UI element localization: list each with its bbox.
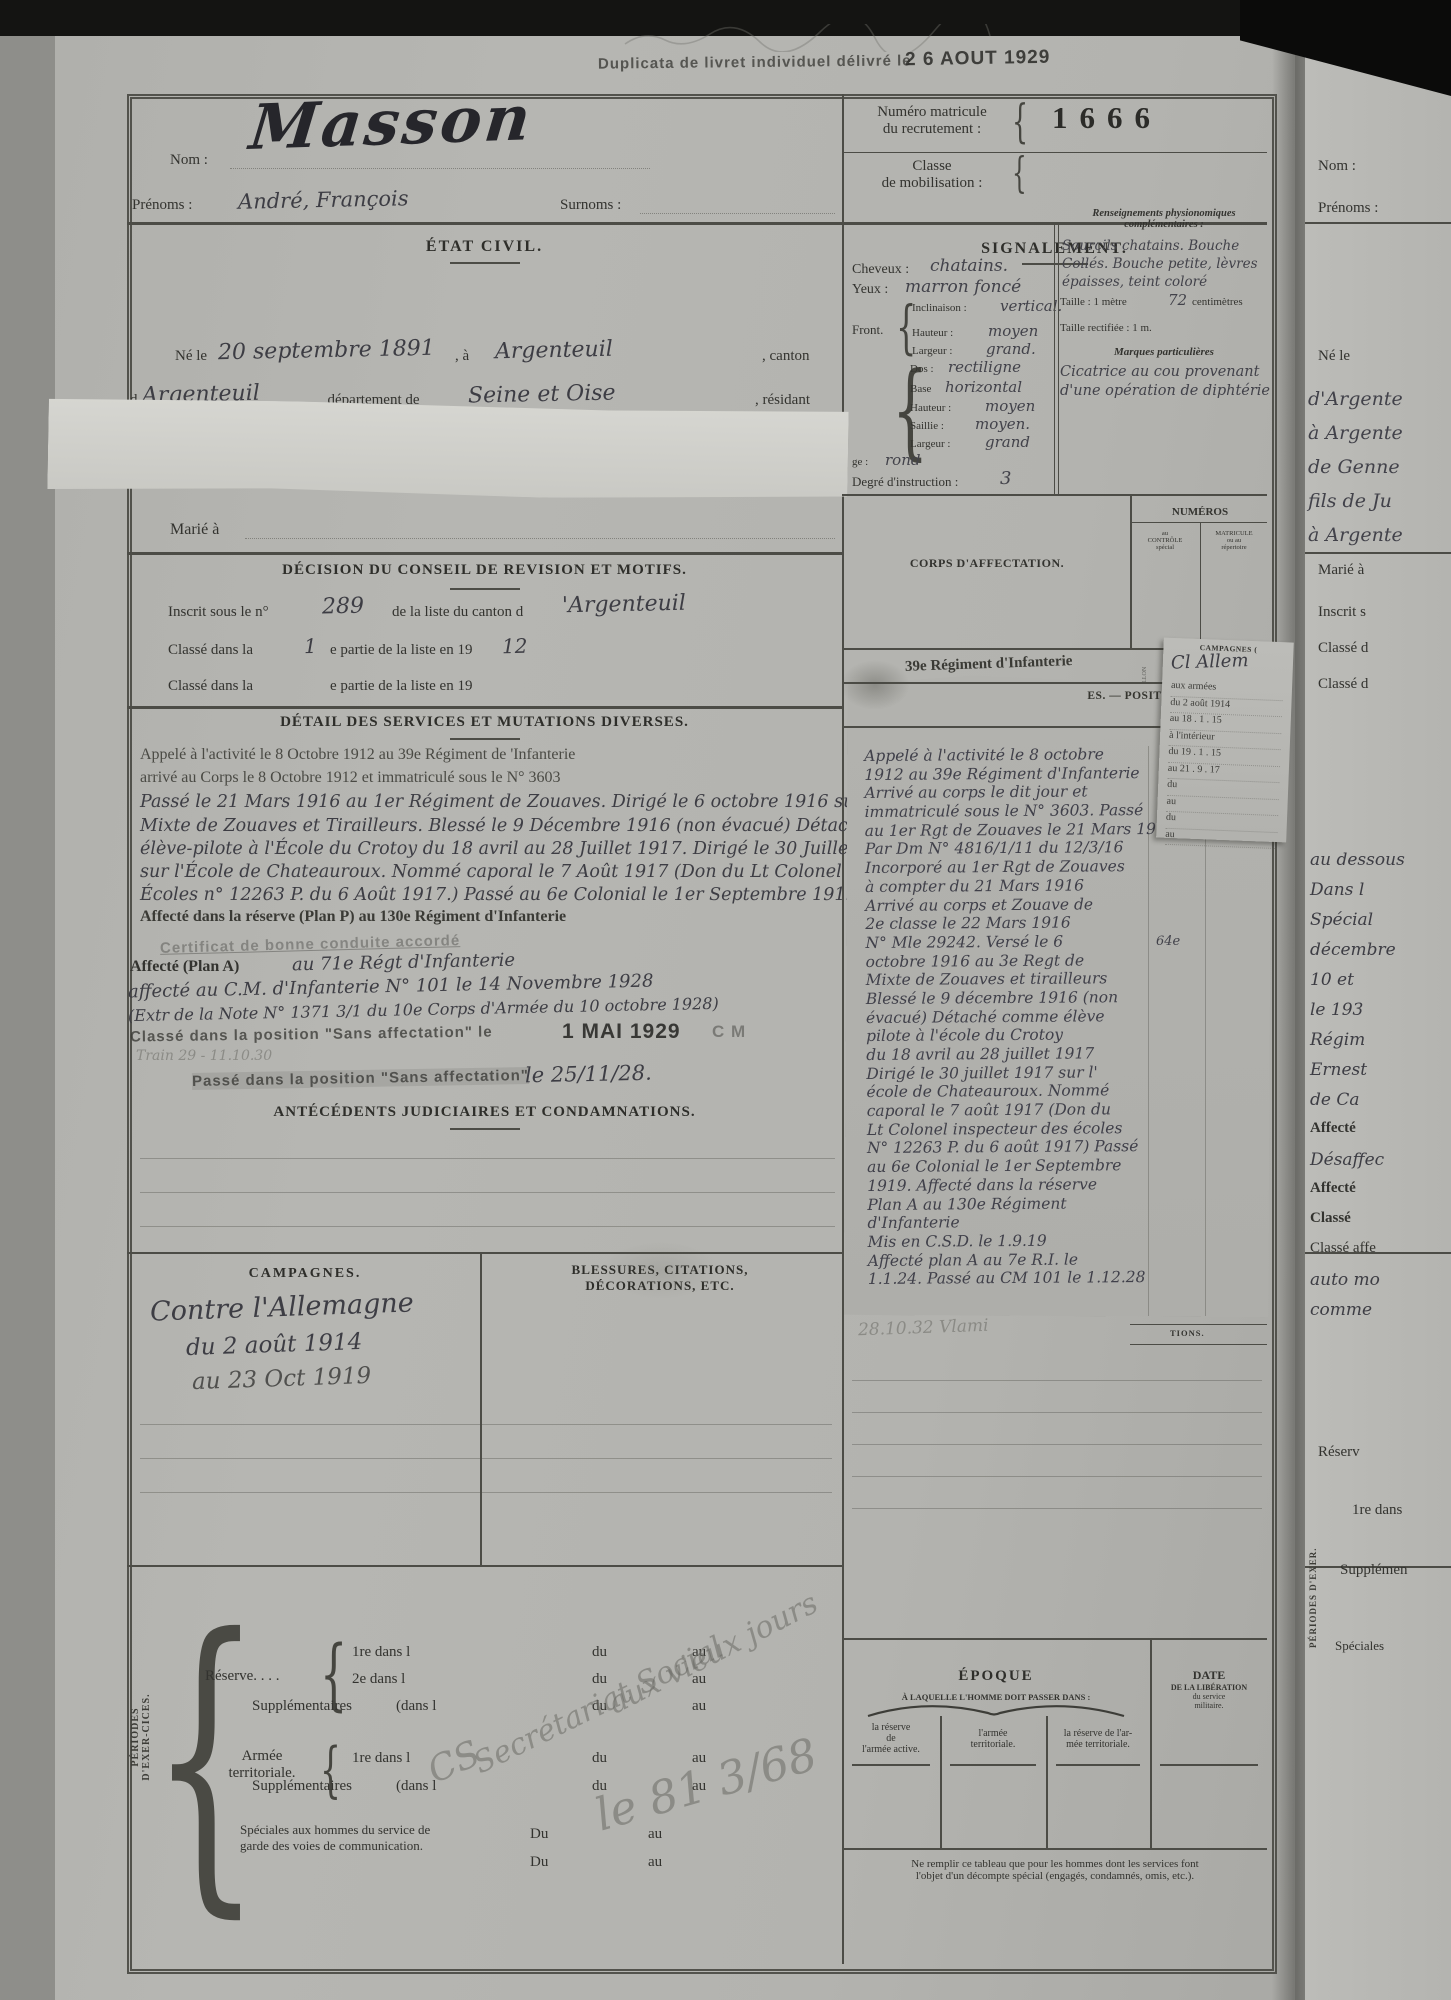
corps-affectation-header: CORPS D'AFFECTATION. bbox=[852, 556, 1122, 571]
rp-frag-3: Spéciales bbox=[1335, 1638, 1384, 1654]
positions-line: Arrivé au corps et Zouave de bbox=[865, 895, 1145, 916]
ruled-line bbox=[852, 1412, 1262, 1413]
rp-classe1-label: Classé d bbox=[1318, 640, 1368, 657]
classe2-label-2: e partie de la liste en 19 bbox=[330, 678, 472, 695]
periodes-rotated-label: PÉRIODES D'EXER-CICES. bbox=[130, 1642, 152, 1832]
speciales-label: Spéciales aux hommes du service de garde… bbox=[240, 1822, 430, 1854]
positions-line: 1919. Affecté dans la réserve bbox=[867, 1175, 1147, 1196]
positions-line: Affecté plan A au 7e R.I. le bbox=[868, 1250, 1148, 1271]
positions-line: 1912 au 39e Régiment d'Infanterie bbox=[864, 764, 1144, 785]
positions-line: pilote à l'école du Crotoy bbox=[866, 1025, 1146, 1046]
positions-line: évacué) Détaché comme élève bbox=[866, 1007, 1146, 1028]
campagnes-title: CAMPAGNES. bbox=[160, 1266, 450, 1282]
controle-sub-3: spécial bbox=[1156, 544, 1174, 551]
rp-mid-line: Affecté bbox=[1310, 1120, 1405, 1150]
epoque-note-1: Ne remplir ce tableau que pour les homme… bbox=[911, 1858, 1198, 1870]
positions-line: 1.1.24. Passé au CM 101 le 1.12.28 bbox=[868, 1268, 1148, 1289]
rp-hand-line: d'Argente bbox=[1308, 388, 1403, 422]
du-cap: Du bbox=[530, 1854, 548, 1871]
slip-hand-top: Cl Allem bbox=[1171, 650, 1249, 673]
reserve-group-label: Réserve. . . . bbox=[205, 1668, 280, 1685]
positions-line: N° Mle 29242. Versé le 6 bbox=[865, 932, 1145, 953]
largeur2-value: grand bbox=[985, 433, 1030, 451]
marques-value-1: Cicatrice au cou provenant bbox=[1060, 364, 1259, 380]
campagnes-divider bbox=[480, 1252, 482, 1565]
rp-reserve-label: Réserv bbox=[1318, 1444, 1360, 1461]
canton-label: , canton bbox=[762, 348, 809, 365]
rp-mid-line: Spécial bbox=[1310, 910, 1405, 940]
nom-label: Nom : bbox=[170, 152, 208, 169]
ruled-line bbox=[140, 1424, 832, 1425]
rp-mid-line: Classé bbox=[1310, 1210, 1405, 1240]
rp-prenoms-label: Prénoms : bbox=[1318, 200, 1378, 217]
inscrit-label: Inscrit sous le n° bbox=[168, 604, 269, 621]
service-line: Appelé à l'activité le 8 Octobre 1912 au… bbox=[140, 746, 840, 769]
campagnes-bottom-rule bbox=[127, 1565, 842, 1567]
rp-nom-label: Nom : bbox=[1318, 158, 1356, 175]
col3-line-1: la réserve de l'ar- bbox=[1064, 1728, 1133, 1739]
positions-line: Par Dm N° 4816/1/11 du 12/3/16 bbox=[865, 838, 1145, 859]
classe1-year: 12 bbox=[502, 634, 528, 659]
positions-line: 2e classe le 22 Mars 1916 bbox=[865, 913, 1145, 934]
classe1-label: Classé dans la bbox=[168, 642, 253, 659]
renseignements-label-2: complémentaires : bbox=[1124, 219, 1204, 230]
positions-line: du 18 avril au 28 juillet 1917 bbox=[866, 1044, 1146, 1065]
col2-line-1: l'armée bbox=[978, 1728, 1007, 1739]
rp-marie-label: Marié à bbox=[1318, 562, 1364, 579]
tions-rule bbox=[1130, 1344, 1267, 1345]
positions-line: école de Chateauroux. Nommé bbox=[866, 1081, 1146, 1102]
renseignements-hand-line: épaisses, teint coloré bbox=[1062, 274, 1258, 292]
inscrit-num: 289 bbox=[322, 594, 365, 620]
front-label: Front. bbox=[852, 322, 883, 338]
etat-civil-title: ÉTAT CIVIL. bbox=[127, 238, 842, 256]
dos-value: rectiligne bbox=[948, 358, 1021, 376]
classe-label-2: de mobilisation : bbox=[882, 175, 983, 191]
positions-line: Mixte de Zouaves et tirailleurs bbox=[866, 969, 1146, 990]
epoque-note: Ne remplir ce tableau que pour les homme… bbox=[846, 1858, 1264, 1882]
cheveux-label: Cheveux : bbox=[852, 262, 909, 278]
yeux-label: Yeux : bbox=[852, 282, 888, 298]
main-column-divider bbox=[842, 94, 844, 1964]
rp-mid-line: Régim bbox=[1310, 1030, 1405, 1060]
epoque-subtitle: À LAQUELLE L'HOMME DOIT PASSER DANS : bbox=[846, 1692, 1146, 1702]
classe1-label-2: e partie de la liste en 19 bbox=[330, 642, 472, 659]
du-col: du bbox=[592, 1644, 607, 1661]
date-header-1: DATE bbox=[1193, 1668, 1225, 1682]
dotted-leader bbox=[640, 213, 835, 214]
marie-label: Marié à bbox=[170, 521, 219, 539]
speciales-label-1: Spéciales aux hommes du service de bbox=[240, 1822, 430, 1837]
positions-line: au 6e Colonial le 1er Septembre bbox=[867, 1156, 1147, 1177]
ruled-line bbox=[140, 1492, 832, 1493]
title-rule bbox=[450, 262, 520, 264]
rp-hand-line: à Argente bbox=[1308, 422, 1403, 456]
hauteur2-value: moyen bbox=[985, 397, 1035, 415]
residant-label: , résidant bbox=[755, 392, 810, 409]
rp-frag-1: 1re dans bbox=[1352, 1502, 1402, 1519]
ruled-line bbox=[852, 1444, 1262, 1445]
matricule-brace: { bbox=[1012, 98, 1028, 144]
rp-ne-label: Né le bbox=[1318, 348, 1350, 365]
controle-subheader: au CONTRÔLE spécial bbox=[1132, 530, 1198, 551]
degre-value: 3 bbox=[1000, 468, 1011, 489]
positions-margin-note: 64e bbox=[1156, 934, 1180, 949]
service-line: Mixte de Zouaves et Tirailleurs. Blessé … bbox=[140, 816, 840, 839]
taille-label: Taille : 1 mètre bbox=[1060, 296, 1127, 308]
service-line: élève-pilote à l'École du Crotoy du 18 a… bbox=[140, 839, 840, 862]
rp-periodes-rotated: PÉRIODES D'EXER. bbox=[1308, 1547, 1318, 1648]
signalement-subdivider bbox=[1054, 224, 1055, 494]
surnoms-label: Surnoms : bbox=[560, 197, 621, 214]
nom-value: Masson bbox=[246, 81, 537, 164]
campagnes-top-rule bbox=[127, 1252, 842, 1254]
right-page-rule bbox=[1305, 222, 1451, 224]
signalement-bottom-rule bbox=[842, 494, 1267, 496]
matricule-sub-1: MATRICULE bbox=[1215, 530, 1252, 537]
stain bbox=[600, 1240, 720, 1300]
positions-line: Dirigé le 30 juillet 1917 sur l' bbox=[866, 1063, 1146, 1084]
service-line: Affecté dans la réserve (Plan P) au 130e… bbox=[140, 908, 840, 931]
section-rule bbox=[127, 552, 842, 555]
service-line: sur l'École de Chateauroux. Nommé capora… bbox=[140, 862, 840, 885]
col3-line-2: mée territoriale. bbox=[1066, 1739, 1130, 1750]
positions-line: N° 12263 P. du 6 août 1917) Passé bbox=[867, 1137, 1147, 1158]
col1-line-1: la réserve bbox=[872, 1722, 911, 1733]
numeros-header: NUMÉROS bbox=[1132, 506, 1268, 518]
controle-sub-2: CONTRÔLE bbox=[1148, 537, 1183, 544]
ruled-line bbox=[140, 1226, 835, 1227]
service-line: Écoles n° 12263 P. du 6 Août 1917.) Pass… bbox=[140, 885, 840, 908]
positions-line: Incorporé au 1er Rgt de Zouaves bbox=[865, 857, 1145, 878]
positions-line: immatriculé sous le N° 3603. Passé bbox=[865, 801, 1145, 822]
rp-mid-line: Dans l bbox=[1310, 880, 1405, 910]
degre-label: Degré d'instruction : bbox=[852, 474, 958, 490]
matricule-sub-2: ou au bbox=[1227, 537, 1241, 544]
rp-inscrit-label: Inscrit s bbox=[1318, 604, 1366, 621]
positions-line: au 1er Rgt de Zouaves le 21 Mars 1916 bbox=[865, 820, 1145, 841]
dos-label: Dos : bbox=[910, 363, 934, 375]
pasted-blank-slip bbox=[47, 397, 848, 503]
visage-label: ge : bbox=[852, 456, 868, 468]
numeros-rule bbox=[1130, 522, 1267, 523]
prenoms-label: Prénoms : bbox=[132, 197, 192, 214]
au-col: au bbox=[692, 1698, 706, 1715]
services-title: DÉTAIL DES SERVICES ET MUTATIONS DIVERSE… bbox=[127, 714, 842, 731]
base-label: Base bbox=[910, 383, 931, 395]
largeur1-value: grand. bbox=[986, 340, 1036, 358]
matricule-subheader: MATRICULE ou au répertoire bbox=[1202, 530, 1266, 551]
periodes-label-1: PÉRIODES bbox=[130, 1707, 141, 1766]
hauteur1-value: moyen bbox=[988, 322, 1038, 340]
inclinaison-value: vertical. bbox=[1000, 297, 1062, 315]
largeur2-label: Largeur : bbox=[910, 438, 950, 450]
yeux-value: marron foncé bbox=[905, 277, 1021, 297]
rp-hand-line: fils de Ju bbox=[1308, 490, 1403, 524]
rp-classe2-label: Classé d bbox=[1318, 676, 1368, 693]
col-underrule bbox=[950, 1764, 1036, 1766]
stain bbox=[840, 660, 910, 710]
title-rule bbox=[450, 738, 520, 740]
col1-line-3: l'armée active. bbox=[862, 1744, 920, 1755]
periode-row-3: Supplémentaires bbox=[252, 1698, 352, 1715]
title-rule bbox=[450, 1128, 520, 1130]
service-line: Passé le 21 Mars 1916 au 1er Régiment de… bbox=[140, 792, 840, 815]
inscrit-canton: 'Argenteuil bbox=[562, 591, 686, 619]
epoque-title: ÉPOQUE bbox=[846, 1668, 1146, 1685]
ruled-line bbox=[852, 1380, 1262, 1381]
stamp2-date: le 25/11/28. bbox=[525, 1061, 652, 1088]
decision-title: DÉCISION DU CONSEIL DE REVISION ET MOTIF… bbox=[127, 562, 842, 579]
epoque-col3-header: la réserve de l'ar- mée territoriale. bbox=[1048, 1728, 1148, 1750]
renseignements-label-1: Renseignements physionomiques bbox=[1092, 208, 1235, 219]
rp-mid-line: Classé affe bbox=[1310, 1240, 1405, 1270]
section-rule bbox=[127, 706, 842, 709]
saillie-value: moyen. bbox=[975, 415, 1030, 433]
periode-row-5: Supplémentaires bbox=[252, 1778, 352, 1795]
renseignements-label: Renseignements physionomiques complément… bbox=[1060, 208, 1268, 230]
classe-label-1: Classe bbox=[912, 158, 951, 174]
ruled-line bbox=[140, 1158, 835, 1159]
tions-rule bbox=[1130, 1324, 1267, 1325]
duplicata-stamp: Duplicata de livret individuel délivré l… bbox=[598, 52, 912, 72]
base-value: horizontal bbox=[945, 378, 1022, 396]
armee-label-1: Armée bbox=[242, 1748, 283, 1764]
ruled-line bbox=[140, 1192, 835, 1193]
hauteur1-label: Hauteur : bbox=[912, 327, 953, 339]
marques-value-2: d'une opération de diphtérie bbox=[1060, 383, 1270, 399]
duplicata-date-stamp: 2 6 AOUT 1929 bbox=[905, 47, 1051, 72]
positions-line: Arrivé au corps le dit jour et bbox=[864, 782, 1144, 803]
date-header-2: DE LA LIBÉRATION bbox=[1171, 1683, 1247, 1692]
rp-mid-line: décembre bbox=[1310, 940, 1405, 970]
services-text-block: Appelé à l'activité le 8 Octobre 1912 au… bbox=[140, 746, 840, 932]
inclinaison-label: Inclinaison : bbox=[912, 302, 967, 314]
inscrit-label-2: de la liste du canton d bbox=[392, 604, 523, 621]
rp-frag-2: Supplémen bbox=[1340, 1562, 1408, 1579]
matricule-divider bbox=[842, 152, 1267, 153]
epoque-bottom-rule bbox=[842, 1848, 1267, 1850]
slip-rows: aux arméesdu 2 août 1914au 18 . 1 . 15à … bbox=[1165, 680, 1283, 849]
positions-line: Plan A au 130e Régiment bbox=[867, 1194, 1147, 1215]
positions-line: Appelé à l'activité le 8 octobre bbox=[864, 745, 1144, 766]
controle-sub-1: au bbox=[1162, 530, 1168, 537]
au-col: au bbox=[648, 1854, 662, 1871]
ruled-line bbox=[852, 1508, 1262, 1509]
ruled-line bbox=[852, 1476, 1262, 1477]
epoque-note-2: l'objet d'un décompte spécial (engagés, … bbox=[916, 1870, 1194, 1882]
epoque-col2-header: l'armée territoriale. bbox=[942, 1728, 1044, 1750]
tions-header: TIONS. bbox=[1170, 1328, 1205, 1338]
ne-le-value: 20 septembre 1891 bbox=[218, 336, 435, 366]
col-underrule bbox=[1160, 1764, 1258, 1766]
classe-mobilisation-label: Classe de mobilisation : bbox=[852, 158, 1012, 192]
numeros-subdivider bbox=[1200, 522, 1201, 648]
rp-mid-line: auto mo bbox=[1310, 1270, 1405, 1300]
taille-rectifiee-label: Taille rectifiée : 1 m. bbox=[1060, 322, 1152, 334]
birthplace-value: Argenteuil bbox=[495, 337, 613, 364]
cheveux-value: chatains. bbox=[930, 256, 1008, 276]
title-rule bbox=[450, 588, 520, 590]
cm-suffix-stamp: C M bbox=[712, 1022, 746, 1042]
ne-le-label: Né le bbox=[175, 348, 207, 365]
positions-line: Blessé le 9 décembre 1916 (non bbox=[866, 988, 1146, 1009]
matricule-label-2: du recrutement : bbox=[883, 121, 981, 137]
rp-hand-line: à Argente bbox=[1308, 524, 1403, 558]
taille-unit: centimètres bbox=[1192, 296, 1243, 308]
periode-row-2: 2e dans l bbox=[352, 1671, 405, 1688]
positions-line: caporal le 7 août 1917 (Don du bbox=[867, 1100, 1147, 1121]
matricule-label-1: Numéro matricule bbox=[877, 104, 987, 120]
classe-brace: { bbox=[1012, 152, 1027, 194]
train-pencil-note: Train 29 - 11.10.30 bbox=[136, 1048, 272, 1064]
au-col: au bbox=[648, 1826, 662, 1843]
rp-mid-line: de Ca bbox=[1310, 1090, 1405, 1120]
hauteur2-label: Hauteur : bbox=[910, 402, 951, 414]
epoque-brace bbox=[866, 1704, 1126, 1718]
ruled-line bbox=[140, 1458, 832, 1459]
rp-hand-fragments: d'Argenteà Argentede Gennefils de Juà Ar… bbox=[1308, 388, 1403, 558]
periode-row-1: 1re dans l bbox=[352, 1644, 410, 1661]
speciales-label-2: garde des voies de communication. bbox=[240, 1838, 423, 1853]
epoque-col1-header: la réserve de l'armée active. bbox=[844, 1722, 938, 1755]
positions-line: à compter du 21 Mars 1916 bbox=[865, 876, 1145, 897]
taille-value: 72 bbox=[1168, 291, 1187, 309]
positions-line: d'Infanterie bbox=[867, 1212, 1147, 1233]
positions-line: Lt Colonel inspecteur des écoles bbox=[867, 1119, 1147, 1140]
campagnes-slip: CAMPAGNES ( Cl Allem aux arméesdu 2 août… bbox=[1156, 638, 1294, 843]
du-cap: Du bbox=[530, 1826, 548, 1843]
signalement-subdivider bbox=[1058, 224, 1059, 494]
positions-line: Mis en C.S.D. le 1.9.19 bbox=[868, 1231, 1148, 1252]
epoque-top-rule bbox=[842, 1638, 1267, 1640]
rp-mid-line: au dessous bbox=[1310, 850, 1405, 880]
dotted-leader bbox=[230, 168, 650, 169]
scanned-military-record: Duplicata de livret individuel délivré l… bbox=[0, 0, 1451, 2000]
prenoms-value: André, François bbox=[238, 186, 409, 214]
col1-line-2: de bbox=[886, 1733, 895, 1744]
renseignements-hand-line: Collés. Bouche petite, lèvres bbox=[1062, 256, 1258, 274]
a-label: , à bbox=[455, 348, 469, 365]
positions-line: octobre 1916 au 3e Regt de bbox=[866, 951, 1146, 972]
mai-1929-date-stamp: 1 MAI 1929 bbox=[562, 1020, 681, 1044]
rp-mid-fragments: au dessousDans lSpécialdécembre10 etle 1… bbox=[1310, 850, 1405, 1330]
rp-mid-line: Affecté bbox=[1310, 1180, 1405, 1210]
armee-group-label: Armée territoriale. bbox=[202, 1748, 322, 1782]
classe1-num: 1 bbox=[304, 634, 317, 658]
matricule-sub-3: répertoire bbox=[1221, 544, 1246, 551]
rp-mid-line: le 193 bbox=[1310, 1000, 1405, 1030]
periode-row-4: 1re dans l bbox=[352, 1750, 410, 1767]
renseignements-hand-line: Sourcils chatains. Bouche bbox=[1062, 238, 1258, 256]
visage-value: rond bbox=[885, 451, 920, 469]
service-line: arrivé au Corps le 8 Octobre 1912 et imm… bbox=[140, 769, 840, 792]
plan-a-label: Affecté (Plan A) bbox=[130, 958, 239, 976]
date-header-4: militaire. bbox=[1194, 1701, 1223, 1710]
rp-mid-line: Ernest bbox=[1310, 1060, 1405, 1090]
dotted-leader bbox=[245, 538, 835, 539]
marques-label: Marques particulières bbox=[1060, 346, 1268, 358]
positions-text-block: Appelé à l'activité le 8 octobre1912 au … bbox=[864, 745, 1148, 1289]
saillie-label: Saillie : bbox=[910, 420, 944, 432]
rp-mid-line: 10 et bbox=[1310, 970, 1405, 1000]
rp-hand-line: de Genne bbox=[1308, 456, 1403, 490]
du-col: du bbox=[592, 1750, 607, 1767]
date-col-header: DATE DE LA LIBÉRATION du service militai… bbox=[1152, 1668, 1266, 1710]
rp-mid-line: comme bbox=[1310, 1300, 1405, 1330]
classe2-label: Classé dans la bbox=[168, 678, 253, 695]
departement-value: Seine et Oise bbox=[468, 380, 616, 408]
date-header-3: du service bbox=[1193, 1692, 1226, 1701]
matricule-label: Numéro matricule du recrutement : bbox=[852, 104, 1012, 138]
matricule-value: 1666 bbox=[1052, 100, 1162, 136]
antecedents-title: ANTÉCÉDENTS JUDICIAIRES ET CONDAMNATIONS… bbox=[127, 1104, 842, 1121]
col-underrule bbox=[1056, 1764, 1140, 1766]
periode-row-5b: (dans l bbox=[396, 1778, 436, 1795]
periode-row-3b: (dans l bbox=[396, 1698, 436, 1715]
renseignements-hand: Sourcils chatains. BoucheCollés. Bouche … bbox=[1062, 238, 1258, 292]
col-underrule bbox=[852, 1764, 930, 1766]
col2-line-2: territoriale. bbox=[971, 1739, 1016, 1750]
rp-mid-line: Désaffec bbox=[1310, 1150, 1405, 1180]
